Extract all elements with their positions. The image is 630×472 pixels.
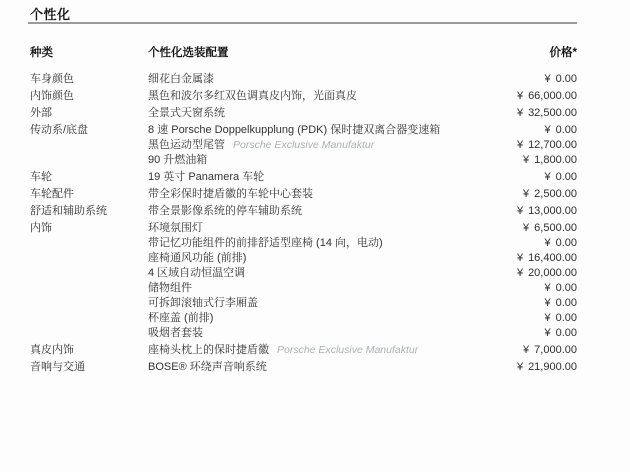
price-amount: 7,000.00 <box>534 344 577 356</box>
table-row: 舒适和辅助系统 带全景影像系统的停车辅助系统 ¥13,000.00 <box>30 202 577 219</box>
table-row: 内饰颜色 黑色和波尔多红双色调真皮内饰，光面真皮 ¥66,000.00 <box>30 87 577 104</box>
option-cell: 储物组件 <box>148 281 471 296</box>
category-cell <box>30 296 148 311</box>
option-label: 8 速 Porsche Doppelkupplung (PDK) 保时捷双离合器… <box>148 124 440 136</box>
price-cell: ¥0.00 <box>471 281 577 296</box>
currency-symbol: ¥ <box>523 344 529 356</box>
table-row: 外部 全景式天窗系统 ¥32,500.00 <box>30 104 577 121</box>
price-amount: 0.00 <box>556 124 577 136</box>
option-cell: 座椅通风功能 (前排) <box>148 251 471 266</box>
price-cell: ¥13,000.00 <box>471 202 577 219</box>
currency-symbol: ¥ <box>544 124 550 136</box>
currency-symbol: ¥ <box>544 73 550 85</box>
option-cell: 4 区域自动恒温空调 <box>148 266 471 281</box>
option-label: BOSE® 环绕声音响系统 <box>148 361 267 373</box>
currency-symbol: ¥ <box>517 205 523 217</box>
header-row: 种类 个性化选装配置 价格* <box>30 46 577 72</box>
category-cell <box>30 281 148 296</box>
table-row: 音响与交通 BOSE® 环绕声音响系统 ¥21,900.00 <box>30 358 577 375</box>
category-cell <box>30 311 148 326</box>
currency-symbol: ¥ <box>523 154 529 166</box>
option-cell: 座椅头枕上的保时捷盾徽Porsche Exclusive Manufaktur <box>148 341 471 358</box>
table-row: 吸烟者套装 ¥0.00 <box>30 326 577 341</box>
exclusive-manufaktur-badge: Porsche Exclusive Manufaktur <box>277 344 418 356</box>
price-amount: 13,000.00 <box>528 205 577 217</box>
option-cell: 黑色和波尔多红双色调真皮内饰，光面真皮 <box>148 87 471 104</box>
option-label: 4 区域自动恒温空调 <box>148 267 245 279</box>
table-row: 传动系/底盘 8 速 Porsche Doppelkupplung (PDK) … <box>30 121 577 138</box>
currency-symbol: ¥ <box>517 107 523 119</box>
option-label: 座椅通风功能 (前排) <box>148 252 246 264</box>
table-row: 4 区域自动恒温空调 ¥20,000.00 <box>30 266 577 281</box>
option-cell: 吸烟者套装 <box>148 326 471 341</box>
table-row: 座椅通风功能 (前排) ¥16,400.00 <box>30 251 577 266</box>
option-label: 吸烟者套装 <box>148 327 203 339</box>
price-cell: ¥66,000.00 <box>471 87 577 104</box>
section-title: 个性化 <box>30 4 71 23</box>
option-label: 可拆卸滚轴式行李厢盖 <box>148 297 258 309</box>
price-cell: ¥12,700.00 <box>471 138 577 153</box>
currency-symbol: ¥ <box>517 252 523 264</box>
currency-symbol: ¥ <box>517 90 523 102</box>
option-label: 带全彩保时捷盾徽的车轮中心套装 <box>148 188 313 200</box>
currency-symbol: ¥ <box>544 327 550 339</box>
category-cell <box>30 236 148 251</box>
option-label: 全景式天窗系统 <box>148 107 225 119</box>
option-label: 19 英寸 Panamera 车轮 <box>148 171 264 183</box>
price-cell: ¥21,900.00 <box>471 358 577 375</box>
currency-symbol: ¥ <box>544 237 550 249</box>
category-cell: 车轮配件 <box>30 185 148 202</box>
price-amount: 32,500.00 <box>528 107 577 119</box>
option-cell: 全景式天窗系统 <box>148 104 471 121</box>
price-cell: ¥20,000.00 <box>471 266 577 281</box>
option-cell: 90 升燃油箱 <box>148 153 471 168</box>
currency-symbol: ¥ <box>517 139 523 151</box>
currency-symbol: ¥ <box>517 267 523 279</box>
option-cell: BOSE® 环绕声音响系统 <box>148 358 471 375</box>
table-row: 黑色运动型尾管Porsche Exclusive Manufaktur ¥12,… <box>30 138 577 153</box>
column-header-option: 个性化选装配置 <box>148 46 471 72</box>
table-row: 带记忆功能组件的前排舒适型座椅 (14 向，电动) ¥0.00 <box>30 236 577 251</box>
price-cell: ¥0.00 <box>471 296 577 311</box>
option-cell: 环境氛围灯 <box>148 219 471 236</box>
option-label: 带全景影像系统的停车辅助系统 <box>148 205 302 217</box>
price-amount: 1,800.00 <box>534 154 577 166</box>
title-divider <box>28 22 577 24</box>
exclusive-manufaktur-badge: Porsche Exclusive Manufaktur <box>233 139 374 151</box>
category-cell: 外部 <box>30 104 148 121</box>
price-amount: 0.00 <box>556 282 577 294</box>
table-body: 车身颜色 细花白金属漆 ¥0.00 内饰颜色 黑色和波尔多红双色调真皮内饰，光面… <box>30 72 577 375</box>
price-amount: 16,400.00 <box>528 252 577 264</box>
category-cell: 内饰颜色 <box>30 87 148 104</box>
price-amount: 21,900.00 <box>528 361 577 373</box>
price-amount: 6,500.00 <box>534 222 577 234</box>
option-cell: 带全景影像系统的停车辅助系统 <box>148 202 471 219</box>
option-cell: 杯座盖 (前排) <box>148 311 471 326</box>
column-header-category: 种类 <box>30 46 148 72</box>
price-cell: ¥6,500.00 <box>471 219 577 236</box>
price-amount: 0.00 <box>556 73 577 85</box>
price-cell: ¥16,400.00 <box>471 251 577 266</box>
option-cell: 带全彩保时捷盾徽的车轮中心套装 <box>148 185 471 202</box>
option-label: 细花白金属漆 <box>148 73 214 85</box>
table-header: 种类 个性化选装配置 价格* <box>30 46 577 72</box>
category-cell: 舒适和辅助系统 <box>30 202 148 219</box>
table-row: 车身颜色 细花白金属漆 ¥0.00 <box>30 72 577 87</box>
table-row: 杯座盖 (前排) ¥0.00 <box>30 311 577 326</box>
option-cell: 可拆卸滚轴式行李厢盖 <box>148 296 471 311</box>
price-amount: 12,700.00 <box>528 139 577 151</box>
price-amount: 2,500.00 <box>534 188 577 200</box>
category-cell: 传动系/底盘 <box>30 121 148 138</box>
price-cell: ¥0.00 <box>471 311 577 326</box>
table-row: 车轮 19 英寸 Panamera 车轮 ¥0.00 <box>30 168 577 185</box>
currency-symbol: ¥ <box>544 312 550 324</box>
price-cell: ¥0.00 <box>471 326 577 341</box>
options-table: 种类 个性化选装配置 价格* 车身颜色 细花白金属漆 ¥0.00 内饰颜色 黑色… <box>30 46 577 375</box>
option-label: 杯座盖 (前排) <box>148 312 213 324</box>
price-cell: ¥7,000.00 <box>471 341 577 358</box>
option-cell: 黑色运动型尾管Porsche Exclusive Manufaktur <box>148 138 471 153</box>
category-cell: 车轮 <box>30 168 148 185</box>
price-amount: 0.00 <box>556 312 577 324</box>
currency-symbol: ¥ <box>523 222 529 234</box>
category-cell: 音响与交通 <box>30 358 148 375</box>
option-label: 带记忆功能组件的前排舒适型座椅 (14 向，电动) <box>148 237 383 249</box>
price-cell: ¥2,500.00 <box>471 185 577 202</box>
price-amount: 0.00 <box>556 327 577 339</box>
option-label: 座椅头枕上的保时捷盾徽 <box>148 344 269 356</box>
column-header-price: 价格* <box>471 46 577 72</box>
category-cell: 内饰 <box>30 219 148 236</box>
category-cell <box>30 251 148 266</box>
price-cell: ¥32,500.00 <box>471 104 577 121</box>
option-cell: 8 速 Porsche Doppelkupplung (PDK) 保时捷双离合器… <box>148 121 471 138</box>
category-cell: 真皮内饰 <box>30 341 148 358</box>
document-page: 个性化 种类 个性化选装配置 价格* 车身颜色 细花白金属漆 ¥0.00 内饰颜… <box>0 0 630 472</box>
table-row: 内饰 环境氛围灯 ¥6,500.00 <box>30 219 577 236</box>
category-cell: 车身颜色 <box>30 72 148 87</box>
currency-symbol: ¥ <box>544 282 550 294</box>
table-row: 储物组件 ¥0.00 <box>30 281 577 296</box>
price-cell: ¥0.00 <box>471 121 577 138</box>
currency-symbol: ¥ <box>544 171 550 183</box>
option-label: 储物组件 <box>148 282 192 294</box>
price-amount: 66,000.00 <box>528 90 577 102</box>
price-amount: 0.00 <box>556 297 577 309</box>
price-amount: 0.00 <box>556 237 577 249</box>
category-cell <box>30 138 148 153</box>
table-row: 车轮配件 带全彩保时捷盾徽的车轮中心套装 ¥2,500.00 <box>30 185 577 202</box>
category-cell <box>30 326 148 341</box>
currency-symbol: ¥ <box>544 297 550 309</box>
option-label: 黑色和波尔多红双色调真皮内饰，光面真皮 <box>148 90 357 102</box>
price-cell: ¥0.00 <box>471 168 577 185</box>
table-row: 真皮内饰 座椅头枕上的保时捷盾徽Porsche Exclusive Manufa… <box>30 341 577 358</box>
option-label: 90 升燃油箱 <box>148 154 207 166</box>
price-amount: 0.00 <box>556 171 577 183</box>
option-cell: 带记忆功能组件的前排舒适型座椅 (14 向，电动) <box>148 236 471 251</box>
category-cell <box>30 153 148 168</box>
table-row: 可拆卸滚轴式行李厢盖 ¥0.00 <box>30 296 577 311</box>
price-amount: 20,000.00 <box>528 267 577 279</box>
option-label: 环境氛围灯 <box>148 222 203 234</box>
price-cell: ¥1,800.00 <box>471 153 577 168</box>
currency-symbol: ¥ <box>517 361 523 373</box>
price-cell: ¥0.00 <box>471 236 577 251</box>
option-cell: 细花白金属漆 <box>148 72 471 87</box>
table-row: 90 升燃油箱 ¥1,800.00 <box>30 153 577 168</box>
price-cell: ¥0.00 <box>471 72 577 87</box>
currency-symbol: ¥ <box>523 188 529 200</box>
category-cell <box>30 266 148 281</box>
option-label: 黑色运动型尾管 <box>148 139 225 151</box>
option-cell: 19 英寸 Panamera 车轮 <box>148 168 471 185</box>
